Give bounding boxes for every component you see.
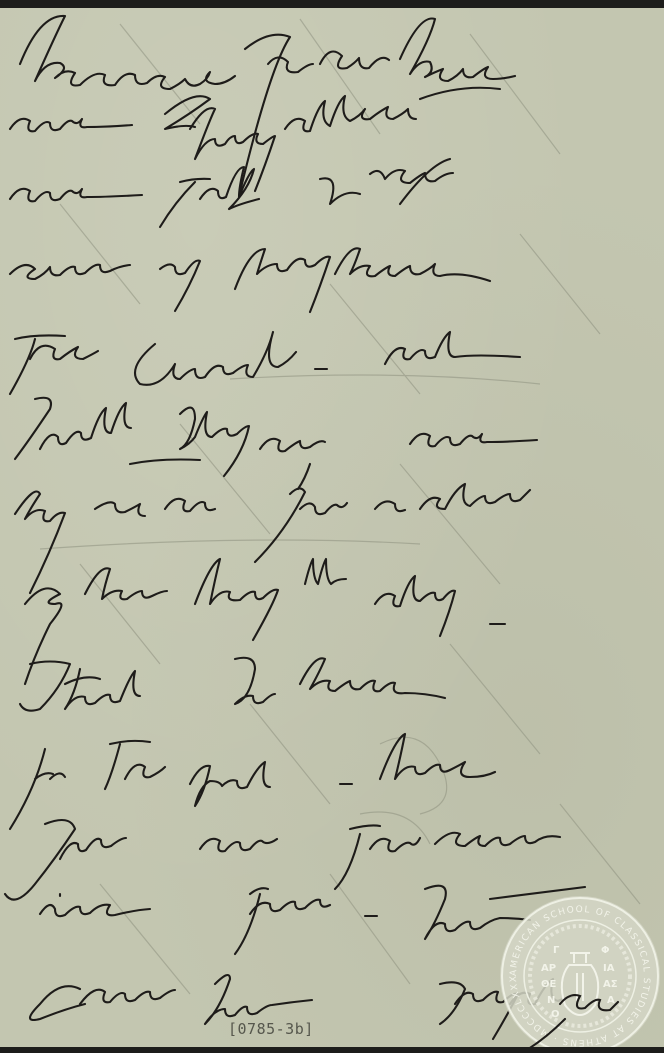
archive-reference-number: [0785-3b] [228, 1020, 314, 1038]
scan-bottom-edge [0, 1047, 664, 1050]
scan-top-edge [0, 4, 664, 8]
letter-page: because you are here and I bring all you… [0, 4, 664, 1050]
handwriting-over-seal [0, 4, 664, 1050]
